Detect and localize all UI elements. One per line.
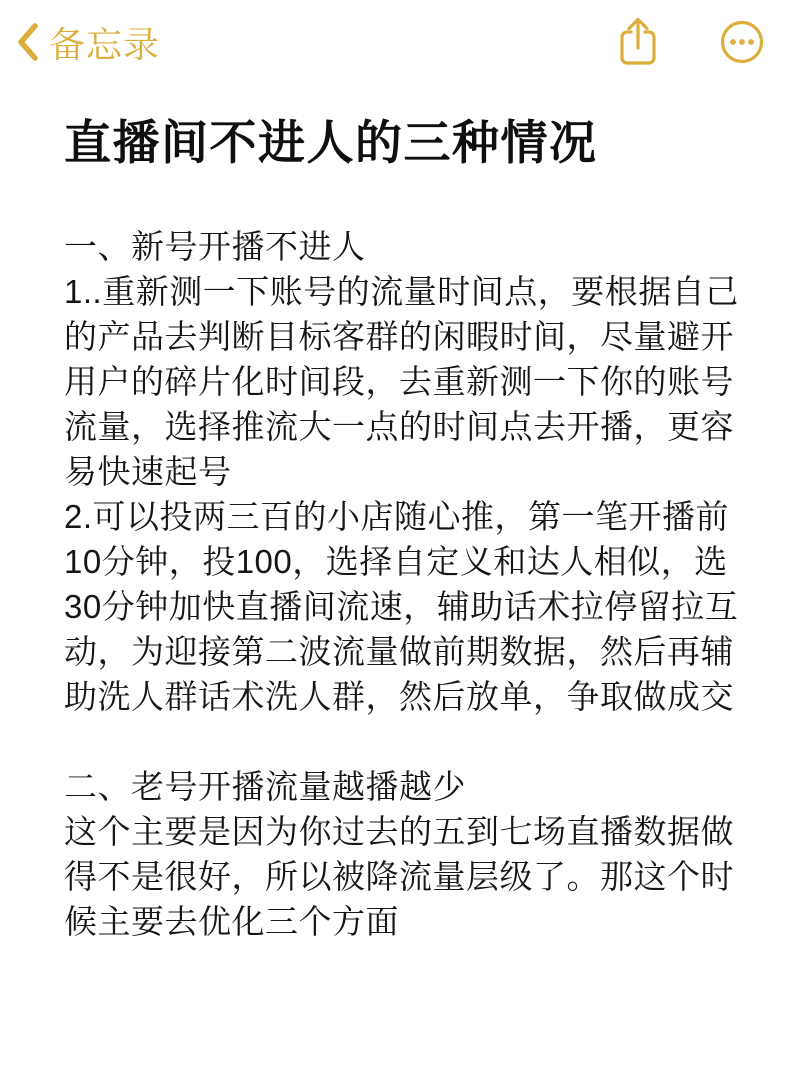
section-2-heading: 二、老号开播流量越播越少: [64, 764, 740, 809]
section-2: 二、老号开播流量越播越少 这个主要是因为你过去的五到七场直播数据做得不是很好，所…: [64, 764, 740, 944]
back-button[interactable]: 备忘录: [16, 17, 160, 68]
note-content[interactable]: 直播间不进人的三种情况 一、新号开播不进人 1..重新测一下账号的流量时间点，要…: [0, 116, 800, 944]
note-line: 得不是很好，所以被降流量层级了。那这个时: [64, 854, 740, 899]
nav-actions: [618, 17, 764, 67]
note-line: 流量，选择推流大一点的时间点去开播，更容: [64, 404, 740, 449]
note-title: 直播间不进人的三种情况: [64, 116, 740, 170]
share-button[interactable]: [618, 17, 658, 67]
note-line: 候主要去优化三个方面: [64, 899, 740, 944]
note-line: 这个主要是因为你过去的五到七场直播数据做: [64, 809, 740, 854]
note-line: 10分钟，投100，选择自定义和达人相似，选: [64, 539, 740, 584]
ellipsis-circle-icon: [720, 20, 764, 64]
chevron-left-icon: [16, 22, 40, 62]
note-line: 1..重新测一下账号的流量时间点，要根据自己: [64, 269, 740, 314]
share-icon: [618, 17, 658, 67]
section-1-heading: 一、新号开播不进人: [64, 224, 740, 269]
note-line: 2.可以投两三百的小店随心推，第一笔开播前: [64, 494, 740, 539]
section-1-lines: 1..重新测一下账号的流量时间点，要根据自己的产品去判断目标客群的闲暇时间，尽量…: [64, 269, 740, 719]
note-line: 30分钟加快直播间流速，辅助话术拉停留拉互: [64, 584, 740, 629]
section-2-lines: 这个主要是因为你过去的五到七场直播数据做得不是很好，所以被降流量层级了。那这个时…: [64, 809, 740, 944]
section-1: 一、新号开播不进人 1..重新测一下账号的流量时间点，要根据自己的产品去判断目标…: [64, 224, 740, 719]
note-line: 助洗人群话术洗人群，然后放单，争取做成交: [64, 674, 740, 719]
navbar: 备忘录: [0, 0, 800, 70]
note-line: 的产品去判断目标客群的闲暇时间，尽量避开: [64, 314, 740, 359]
blank-line: [64, 719, 740, 764]
note-line: 动，为迎接第二波流量做前期数据，然后再辅: [64, 629, 740, 674]
note-line: 用户的碎片化时间段，去重新测一下你的账号: [64, 359, 740, 404]
back-label: 备忘录: [49, 17, 160, 68]
note-line: 易快速起号: [64, 449, 740, 494]
more-button[interactable]: [720, 20, 764, 64]
